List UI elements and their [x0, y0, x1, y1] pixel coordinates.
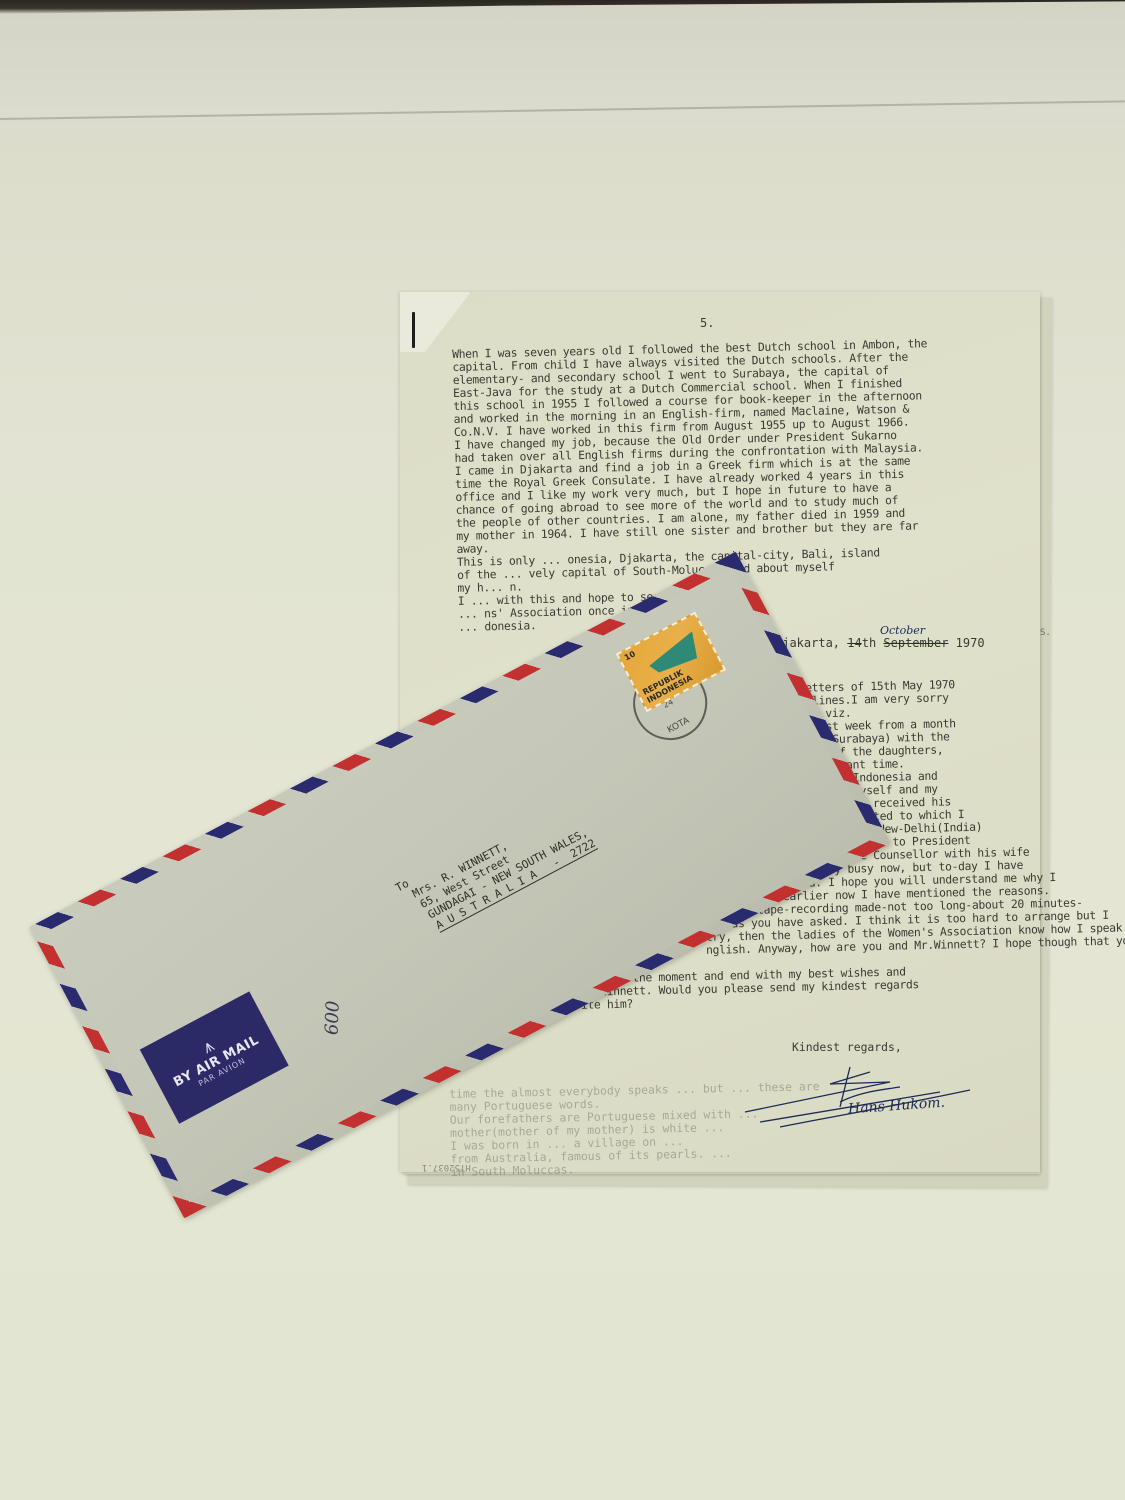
- edge-note: S.: [1040, 628, 1051, 638]
- dateline-day: 14: [847, 636, 861, 650]
- closing: Kindest regards,: [792, 1040, 902, 1054]
- airmail-label: ⩚ BY AIR MAIL PAR AVION: [142, 994, 286, 1121]
- dateline-year: 1970: [956, 636, 985, 650]
- page-number: 5.: [700, 316, 714, 330]
- dateline-month-struck: September: [883, 636, 948, 650]
- dateline: Djakarta, 14th September 1970: [775, 636, 985, 650]
- postmark-text: KOTA: [666, 716, 691, 736]
- airmail-label-line1: BY AIR MAIL: [171, 1033, 261, 1090]
- staple-mark-icon: [412, 312, 415, 348]
- dateline-day-suffix: th: [862, 636, 876, 650]
- handwritten-note: 600: [322, 1000, 344, 1035]
- stamp-value: 10: [623, 649, 637, 662]
- folded-corner: [400, 292, 471, 352]
- dateline-month-handwritten: October: [880, 624, 925, 637]
- recipient-address: ToMrs. R. WINNETT,65, West StreetGUNDAGA…: [393, 791, 598, 942]
- catalog-number: HT52037.1: [422, 1162, 471, 1172]
